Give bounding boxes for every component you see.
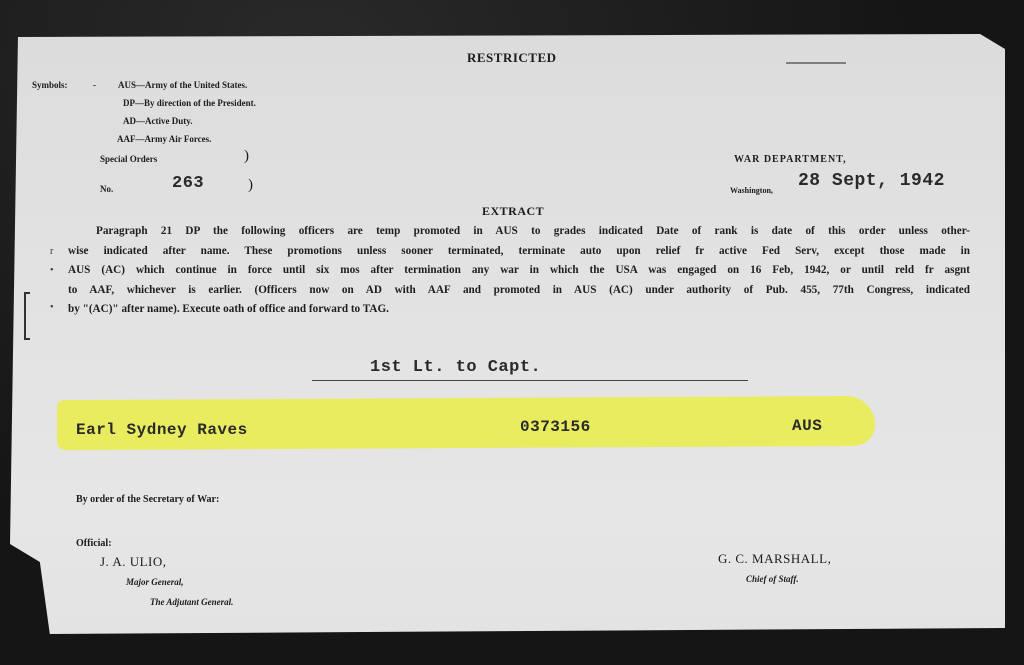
- signatory-right-title: Chief of Staff.: [746, 574, 799, 584]
- grade-heading: 1st Lt. to Capt.: [370, 358, 541, 377]
- officer-name: Earl Sydney Raves: [76, 421, 248, 439]
- ink-mark: [786, 62, 846, 64]
- paragraph-line: AUS (AC) which continue in force until s…: [68, 261, 970, 281]
- official-label: Official:: [76, 538, 112, 549]
- order-paragraph: Paragraph 21 DP the following officers a…: [68, 222, 970, 320]
- symbol-aus: AUS—Army of the United States.: [118, 80, 247, 90]
- signatory-right-name: G. C. MARSHALL,: [718, 551, 831, 567]
- paragraph-line: to AAF, whichever is earlier. (Officers …: [68, 281, 970, 301]
- paragraph-line: by "(AC)" after name). Execute oath of o…: [68, 300, 970, 320]
- symbol-ad: AD—Active Duty.: [123, 116, 193, 126]
- order-number-label: No.: [100, 184, 113, 194]
- signatory-left-name: J. A. ULIO,: [100, 554, 167, 570]
- issuer-location: Washington,: [730, 186, 773, 195]
- bracket-paren: ): [248, 177, 253, 194]
- order-date: 28 Sept, 1942: [798, 171, 945, 191]
- paragraph-line: Paragraph 21 DP the following officers a…: [68, 222, 970, 242]
- department-name: WAR DEPARTMENT,: [734, 154, 847, 165]
- margin-mark: •: [50, 265, 54, 276]
- special-orders-label: Special Orders: [100, 154, 157, 164]
- section-title: EXTRACT: [482, 204, 544, 219]
- paragraph-line: wise indicated after name. These promoti…: [68, 242, 970, 262]
- symbols-bullet: -: [93, 80, 96, 90]
- signatory-left-rank: Major General,: [126, 577, 184, 587]
- authority-line: By order of the Secretary of War:: [76, 494, 219, 505]
- symbols-label: Symbols:: [32, 80, 68, 90]
- margin-bracket: [24, 292, 30, 340]
- grade-underline: [312, 380, 748, 381]
- signatory-left-title: The Adjutant General.: [150, 597, 233, 607]
- bracket-paren: ): [244, 148, 249, 165]
- officer-serial-number: 0373156: [520, 418, 591, 436]
- document-page: RESTRICTED Symbols: - AUS—Army of the Un…: [10, 34, 1005, 634]
- classification-heading: RESTRICTED: [467, 50, 557, 66]
- margin-mark: r: [50, 246, 53, 257]
- order-number: 263: [172, 174, 204, 193]
- symbol-dp: DP—By direction of the President.: [123, 98, 256, 108]
- symbol-aaf: AAF—Army Air Forces.: [117, 134, 211, 144]
- margin-mark: •: [50, 302, 54, 313]
- officer-branch: AUS: [792, 417, 822, 435]
